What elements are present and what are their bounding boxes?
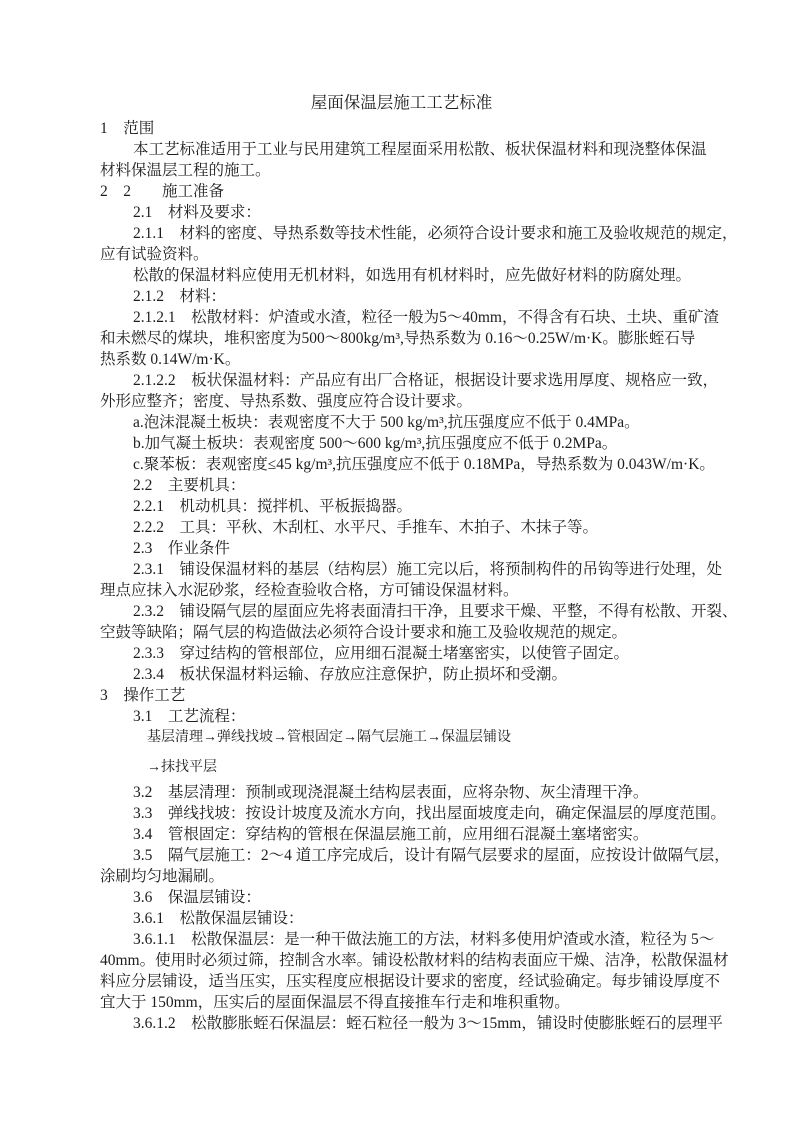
- body-line: 本工艺标准适用于工业与民用建筑工程屋面采用松散、板状保温材料和现浇整体保温: [100, 139, 703, 160]
- body-line: 空鼓等缺陷；隔气层的构造做法必须符合设计要求和施工及验收规范的规定。: [100, 622, 703, 643]
- body-line: 和未燃尽的煤块，堆积密度为500～800kg/m³,导热系数为 0.16～0.2…: [100, 328, 703, 349]
- body-line: 3.5 隔气层施工：2～4 道工序完成后，设计有隔气层要求的屋面，应按设计做隔气…: [100, 845, 703, 866]
- heading-line: 2.2 主要机具：: [100, 475, 703, 496]
- process-flow-line: 基层清理→弹线找坡→管根固定→隔气层施工→保温层铺设: [100, 727, 703, 748]
- list-item-c: c.聚苯板：表观密度≤45 kg/m³,抗压强度应不低于 0.18MPa，导热系…: [100, 454, 703, 475]
- body-line: 应有试验资料。: [100, 244, 703, 265]
- body-line: 涂刷均匀地漏刷。: [100, 866, 703, 887]
- body-line: 宜大于 150mm，压实后的屋面保温层不得直接推车行走和堆积重物。: [100, 992, 703, 1013]
- document-body: 1 范围本工艺标准适用于工业与民用建筑工程屋面采用松散、板状保温材料和现浇整体保…: [100, 118, 703, 1034]
- heading-scope: 1 范围: [100, 118, 703, 139]
- body-line: 热系数 0.14W/m·K。: [100, 349, 703, 370]
- body-line: 2.3.2 铺设隔气层的屋面应先将表面清扫干净，且要求干燥、平整，不得有松散、开…: [100, 601, 703, 622]
- body-line: 2.1.1 材料的密度、导热系数等技术性能，必须符合设计要求和施工及验收规范的规…: [100, 223, 703, 244]
- body-line: 3.3 弹线找坡：按设计坡度及流水方向，找出屋面坡度走向，确定保温层的厚度范围。: [100, 803, 703, 824]
- body-line: 40mm。使用时必须过筛，控制含水率。铺设松散材料的结构表面应干燥、洁净，松散保…: [100, 950, 703, 971]
- process-flow-line: →抹找平层: [100, 757, 703, 778]
- body-line: 3.6.1.2 松散膨胀蛭石保温层：蛭石粒径一般为 3～15mm，铺设时使膨胀蛭…: [100, 1013, 703, 1034]
- document-title: 屋面保温层施工工艺标准: [100, 92, 703, 114]
- body-line: 理点应抹入水泥砂浆，经检查验收合格，方可铺设保温材料。: [100, 580, 703, 601]
- heading-preparation: 2 2 施工准备: [100, 181, 703, 202]
- heading-line: 2.3 作业条件: [100, 538, 703, 559]
- body-line: 2.2.1 机动机具：搅拌机、平板振捣器。: [100, 496, 703, 517]
- body-line: 2.2.2 工具：平秋、木刮杠、水平尺、手推车、木拍子、木抹子等。: [100, 517, 703, 538]
- body-line: 料应分层铺设，适当压实，压实程度应根据设计要求的密度，经试验确定。每步铺设厚度不: [100, 971, 703, 992]
- heading-line: 2.1.2 材料：: [100, 286, 703, 307]
- body-line: 3.2 基层清理：预制或现浇混凝土结构层表面，应将杂物、灰尘清理干净。: [100, 782, 703, 803]
- body-line: 3.6.1.1 松散保温层：是一种干做法施工的方法，材料多使用炉渣或水渣，粒径为…: [100, 929, 703, 950]
- body-line: 2.3.1 铺设保温材料的基层（结构层）施工完以后，将预制构件的吊钩等进行处理，…: [100, 559, 703, 580]
- document-page: 屋面保温层施工工艺标准 1 范围本工艺标准适用于工业与民用建筑工程屋面采用松散、…: [0, 0, 793, 1122]
- body-line: 3.4 管根固定：穿结构的管根在保温层施工前，应用细石混凝土塞堵密实。: [100, 824, 703, 845]
- list-item-a: a.泡沫混凝土板块：表观密度不大于 500 kg/m³,抗压强度应不低于 0.4…: [100, 412, 703, 433]
- body-line: 2.3.4 板状保温材料运输、存放应注意保护，防止损坏和受潮。: [100, 664, 703, 685]
- heading-line: 3.6 保温层铺设：: [100, 887, 703, 908]
- body-line: 2.1.2.2 板状保温材料：产品应有出厂合格证，根据设计要求选用厚度、规格应一…: [100, 370, 703, 391]
- heading-line: 3.1 工艺流程：: [100, 706, 703, 727]
- body-line: 材料保温层工程的施工。: [100, 160, 703, 181]
- body-line: 外形应整齐；密度、导热系数、强度应符合设计要求。: [100, 391, 703, 412]
- list-item-b: b.加气凝土板块：表观密度 500～600 kg/m³,抗压强度应不低于 0.2…: [100, 433, 703, 454]
- heading-line: 2.1 材料及要求：: [100, 202, 703, 223]
- body-line: 2.1.2.1 松散材料：炉渣或水渣，粒径一般为5～40mm，不得含有石块、土块…: [100, 307, 703, 328]
- body-line: 松散的保温材料应使用无机材料，如选用有机材料时，应先做好材料的防腐处理。: [100, 265, 703, 286]
- body-line: 2.3.3 穿过结构的管根部位，应用细石混凝土堵塞密实，以使管子固定。: [100, 643, 703, 664]
- heading-line: 3.6.1 松散保温层铺设：: [100, 908, 703, 929]
- heading-operation: 3 操作工艺: [100, 685, 703, 706]
